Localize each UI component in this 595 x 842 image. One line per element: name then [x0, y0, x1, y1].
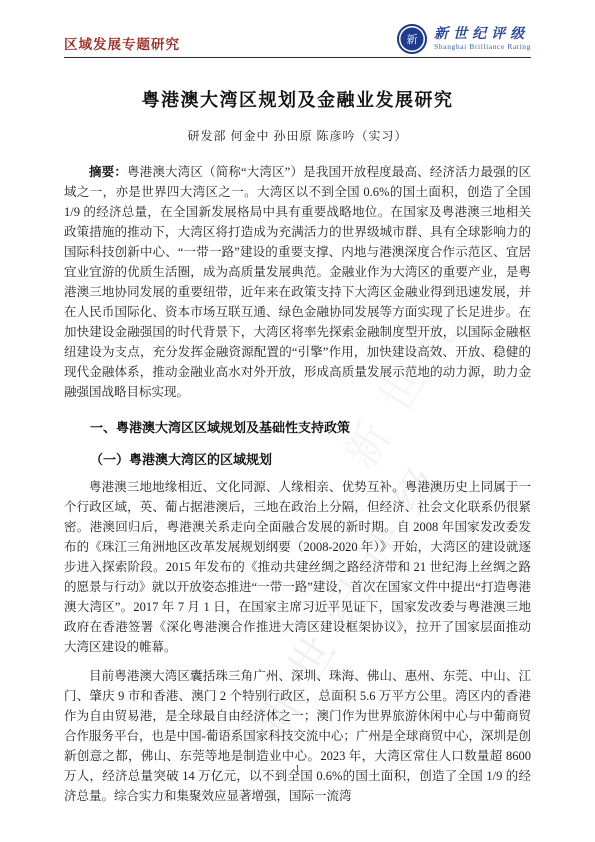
document-page: 区域发展专题研究 新 新世纪评级 Shanghai Brilliance Rat…: [0, 0, 595, 842]
document-title: 粤港澳大湾区规划及金融业发展研究: [64, 86, 531, 112]
brand-block: 新 新世纪评级 Shanghai Brilliance Rating: [397, 24, 531, 57]
brand-name-cn: 新世纪评级: [434, 27, 531, 43]
document-body: 粤港澳大湾区规划及金融业发展研究 研发部 何金中 孙田原 陈彦吟（实习） 摘要：…: [64, 78, 531, 806]
body-paragraph-1: 粤港澳三地地缘相近、文化同源、人缘相亲、优势互补。粤港澳历史上同属于一个行政区域…: [64, 477, 531, 657]
body-paragraph-2: 目前粤港澳大湾区囊括珠三角广州、深圳、珠海、佛山、惠州、东莞、中山、江门、肇庆 …: [64, 666, 531, 806]
abstract-label: 摘要：: [89, 165, 127, 179]
section-1-heading: 一、粤港澳大湾区区域规划及基础性支持政策: [64, 417, 531, 436]
section-1-1-heading: （一）粤港澳大湾区的区域规划: [64, 449, 531, 468]
abstract-paragraph: 摘要：粤港澳大湾区（简称“大湾区”）是我国开放程度最高、经济活力最强的区域之一，…: [64, 162, 531, 402]
brand-text: 新世纪评级 Shanghai Brilliance Rating: [434, 27, 531, 52]
brand-logo-icon: 新: [397, 24, 427, 54]
abstract-text: 粤港澳大湾区（简称“大湾区”）是我国开放程度最高、经济活力最强的区域之一，亦是世…: [64, 165, 531, 399]
page-number: 1: [0, 764, 595, 775]
brand-name-en: Shanghai Brilliance Rating: [434, 43, 531, 52]
report-category-label: 区域发展专题研究: [64, 33, 180, 57]
authors-byline: 研发部 何金中 孙田原 陈彦吟（实习）: [64, 127, 531, 144]
page-header: 区域发展专题研究 新 新世纪评级 Shanghai Brilliance Rat…: [64, 18, 531, 58]
